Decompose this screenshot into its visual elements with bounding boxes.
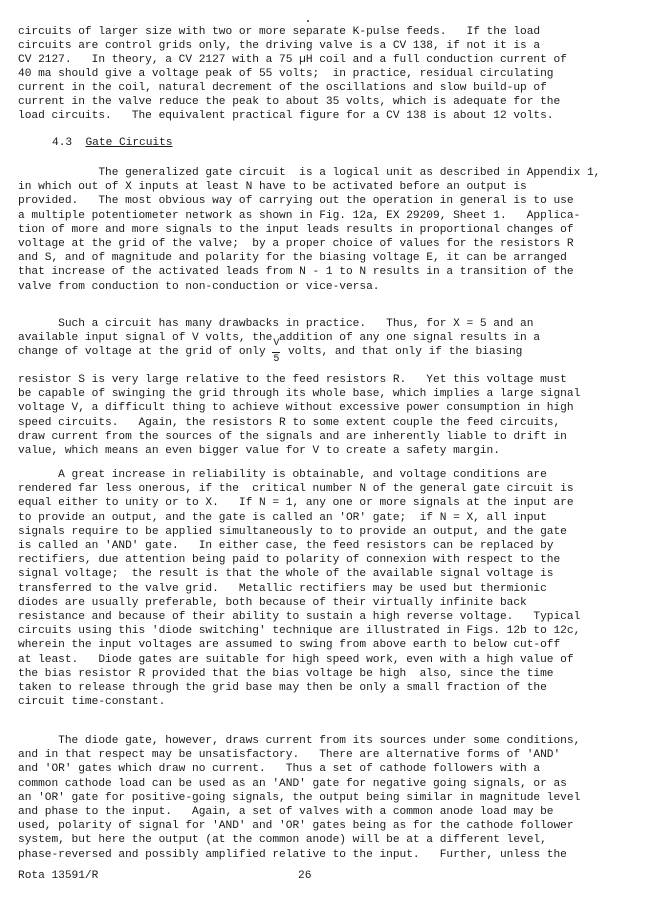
text-line: diodes are usually preferable, both beca… (18, 596, 527, 610)
text-line: voltage at the grid of the valve; by a p… (18, 237, 574, 251)
text-line: resistance and because of their ability … (18, 610, 580, 624)
text-line: used, polarity of signal for 'AND' and '… (18, 819, 574, 833)
text-line: signal voltage; the result is that the w… (18, 567, 554, 581)
text-line: equal either to unity or to X. If N = 1,… (18, 496, 574, 510)
text-line: valve from conduction to non-conduction … (18, 280, 379, 294)
text-line: circuit time-constant. (18, 695, 165, 709)
page-number: 26 (298, 870, 311, 882)
text-line: a multiple potentiometer network as show… (18, 209, 580, 223)
text-line: phase-reversed and possibly amplified re… (18, 848, 567, 862)
text-line: value, which means an even bigger value … (18, 444, 500, 458)
text-line: at least. Diode gates are suitable for h… (18, 653, 574, 667)
text-line: that increase of the activated leads fro… (18, 265, 574, 279)
text-line: current in the coil, natural decrement o… (18, 81, 547, 95)
text-line: voltage V, a difficult thing to achieve … (18, 401, 574, 415)
text-line: and phase to the input. Again, a set of … (18, 805, 554, 819)
text-line: and S, and of magnitude and polarity for… (18, 251, 567, 265)
text-line: be capable of swinging the grid through … (18, 387, 580, 401)
text-line: Such a circuit has many drawbacks in pra… (18, 317, 533, 331)
document-reference: Rota 13591/R (18, 870, 98, 882)
text-line: 40 ma should give a voltage peak of 55 v… (18, 67, 554, 81)
text-line: common cathode load can be used as an 'A… (18, 777, 567, 791)
text-line: A great increase in reliability is obtai… (18, 468, 547, 482)
text-line: draw current from the sources of the sig… (18, 430, 567, 444)
text-line: wherein the input voltages are assumed t… (18, 638, 560, 652)
fraction-denominator: 5 (273, 353, 279, 367)
text-line: the bias resistor R provided that the bi… (18, 667, 554, 681)
text-line: resistor S is very large relative to the… (18, 373, 567, 387)
text-segment: change of voltage at the grid of only (18, 346, 272, 358)
text-segment: volts, and that only if the biasing (281, 346, 522, 358)
fraction-v-over-5: V5 (272, 345, 281, 359)
text-line: system, but here the output (at the comm… (18, 833, 547, 847)
text-line: The generalized gate circuit is a logica… (18, 166, 600, 180)
text-line: rendered far less onerous, if the critic… (18, 482, 574, 496)
text-line: and in that respect may be unsatisfactor… (18, 748, 560, 762)
text-line: to provide an output, and the gate is ca… (18, 511, 547, 525)
text-line: CV 2127. In theory, a CV 2127 with a 75 … (18, 53, 567, 67)
text-line: load circuits. The equivalent practical … (18, 109, 554, 123)
text-line: speed circuits. Again, the resistors R t… (18, 416, 560, 430)
text-line: provided. The most obvious way of carryi… (18, 194, 574, 208)
text-line: circuits using this 'diode switching' te… (18, 624, 580, 638)
text-line: current in the valve reduce the peak to … (18, 95, 560, 109)
text-line: an 'OR' gate for positive-going signals,… (18, 791, 580, 805)
document-page: circuits of larger size with two or more… (0, 0, 650, 899)
scan-speck (307, 20, 309, 22)
text-line: signals require to be applied simultaneo… (18, 525, 567, 539)
section-title: Gate Circuits (85, 137, 172, 149)
text-line: and 'OR' gates which draw no current. Th… (18, 762, 540, 776)
text-line: transferred to the valve grid. Metallic … (18, 582, 547, 596)
text-line: circuits of larger size with two or more… (18, 25, 540, 39)
fraction-numerator: V (273, 337, 279, 351)
text-line-with-fraction: change of voltage at the grid of only V5… (18, 345, 522, 359)
section-heading: 4.3 Gate Circuits (52, 137, 173, 149)
text-line: rectifiers, due attention being paid to … (18, 553, 560, 567)
text-line: in which out of X inputs at least N have… (18, 180, 527, 194)
text-line: taken to release through the grid base m… (18, 681, 547, 695)
text-line: circuits are control grids only, the dri… (18, 39, 540, 53)
text-line: is called an 'AND' gate. In either case,… (18, 539, 554, 553)
text-line: tion of more and more signals to the inp… (18, 223, 574, 237)
text-line: The diode gate, however, draws current f… (18, 734, 580, 748)
section-number: 4.3 (52, 137, 72, 149)
